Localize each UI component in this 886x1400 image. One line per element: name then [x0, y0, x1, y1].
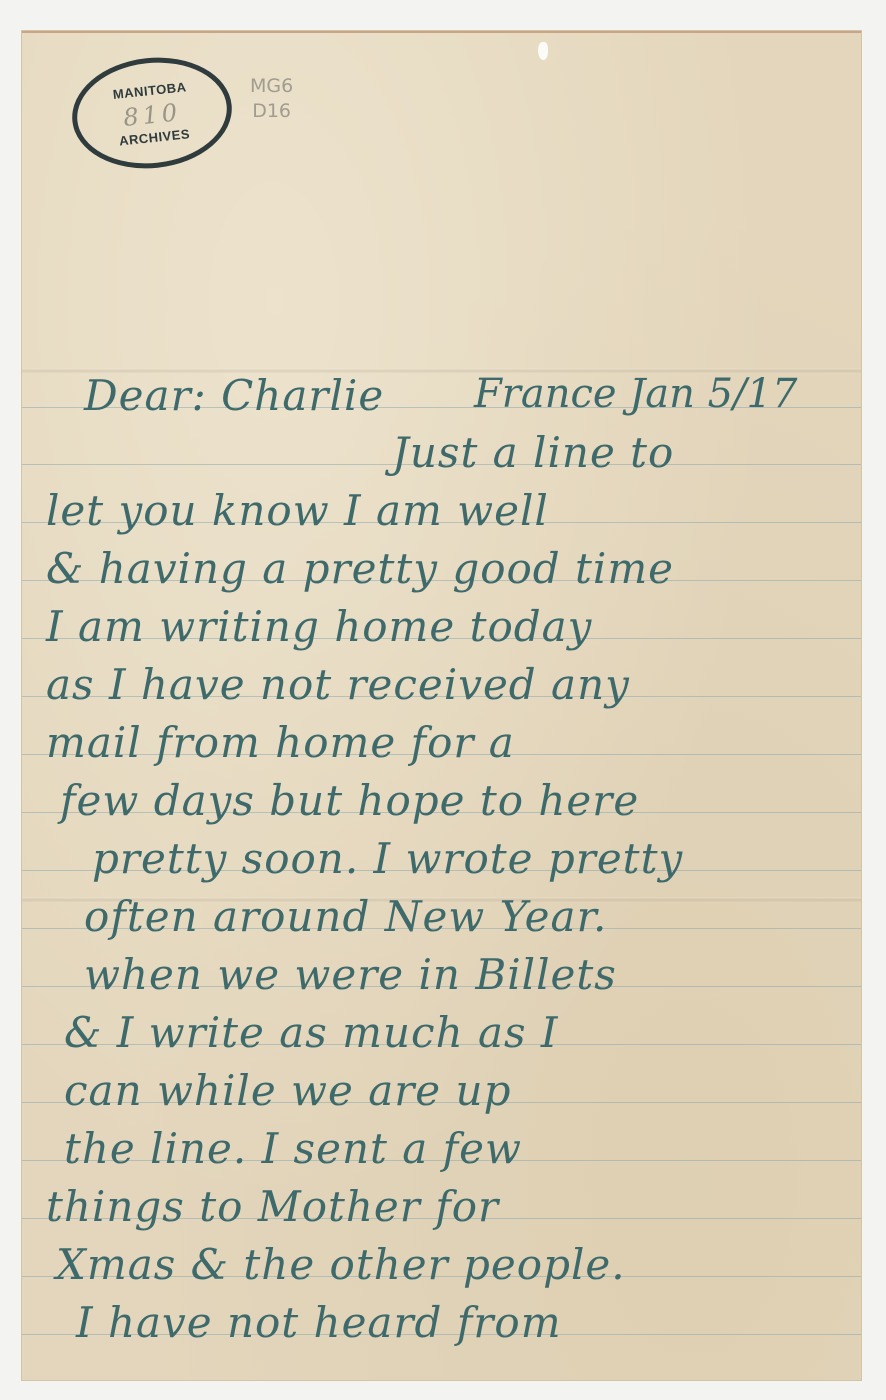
salutation: Dear: Charlie	[84, 371, 384, 420]
letter-line: can while we are up	[64, 1066, 511, 1115]
letter-line: I have not heard from	[76, 1298, 562, 1347]
letter-line: things to Mother for	[46, 1182, 499, 1231]
letter-line: the line. I sent a few	[64, 1124, 522, 1173]
letter-line: & having a pretty good time	[46, 544, 674, 593]
letter-line: Just a line to	[392, 428, 674, 477]
letter-line: Xmas & the other people.	[56, 1240, 626, 1289]
letter-body: Dear: Charlie France Jan 5/17 Just a lin…	[22, 31, 861, 1380]
letter-line: pretty soon. I wrote pretty	[92, 834, 683, 883]
letter-line: few days but hope to here	[60, 776, 639, 825]
letter-line: I am writing home today	[46, 602, 592, 651]
letter-line: when we were in Billets	[84, 950, 617, 999]
letter-line: as I have not received any	[46, 660, 630, 709]
location-date: France Jan 5/17	[474, 371, 797, 417]
letter-line: mail from home for a	[46, 718, 515, 767]
letter-paper: MANITOBA 810 ARCHIVES MG6 D16 Dear: Char…	[22, 31, 861, 1380]
letter-line: & I write as much as I	[64, 1008, 559, 1057]
letter-line: often around New Year.	[84, 892, 607, 941]
letter-line: let you know I am well	[46, 486, 549, 535]
scanned-page: MANITOBA 810 ARCHIVES MG6 D16 Dear: Char…	[0, 0, 886, 1400]
